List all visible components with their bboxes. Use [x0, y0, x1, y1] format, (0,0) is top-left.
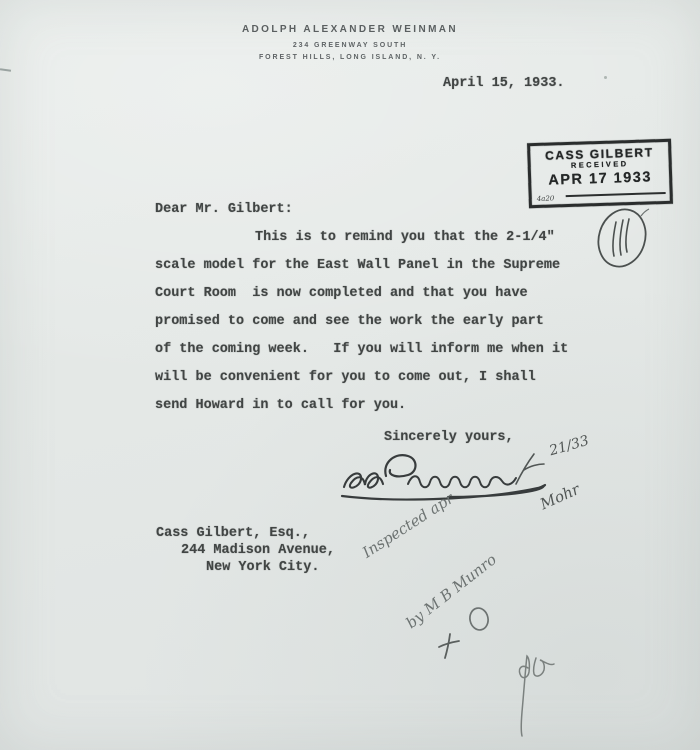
closing: Sincerely yours, — [384, 430, 514, 445]
annotation-cross-mark — [437, 633, 461, 659]
recipient-street: 244 Madison Avenue, — [181, 543, 335, 558]
scan-speck — [604, 76, 607, 79]
scan-scratch-mark — [0, 68, 11, 72]
salutation: Dear Mr. Gilbert: — [155, 196, 293, 224]
annotation-circle-mark — [467, 606, 491, 633]
stamp-date: APR 17 1933 — [531, 169, 669, 189]
stamp-underline — [566, 192, 666, 197]
body-line: This is to remind you that the 2-1/4" — [155, 224, 555, 252]
body-line: scale model for the East Wall Panel in t… — [155, 252, 560, 280]
letter-date: April 15, 1933. — [443, 76, 565, 91]
letter-page: ADOLPH ALEXANDER WEINMAN 234 GREENWAY SO… — [0, 0, 700, 750]
body-line: Court Room is now completed and that you… — [155, 280, 528, 308]
stamp-scribble: 4a20 — [537, 194, 555, 203]
body-line: send Howard in to call for you. — [155, 392, 406, 420]
received-stamp: CASS GILBERT RECEIVED APR 17 1933 4a20 — [527, 139, 673, 208]
letterhead-name: ADOLPH ALEXANDER WEINMAN — [0, 24, 700, 35]
body-line: of the coming week. If you will inform m… — [155, 336, 568, 364]
annotation-initials — [512, 650, 562, 742]
body-line: promised to come and see the work the ea… — [155, 308, 544, 336]
recipient-city: New York City. — [206, 560, 319, 575]
letterhead-city: FOREST HILLS, LONG ISLAND, N. Y. — [0, 54, 700, 61]
letterhead-street: 234 GREENWAY SOUTH — [0, 42, 700, 49]
recipient-name: Cass Gilbert, Esq., — [156, 526, 310, 541]
body-line: will be convenient for you to come out, … — [155, 364, 536, 392]
circled-initial-mark — [594, 206, 650, 270]
